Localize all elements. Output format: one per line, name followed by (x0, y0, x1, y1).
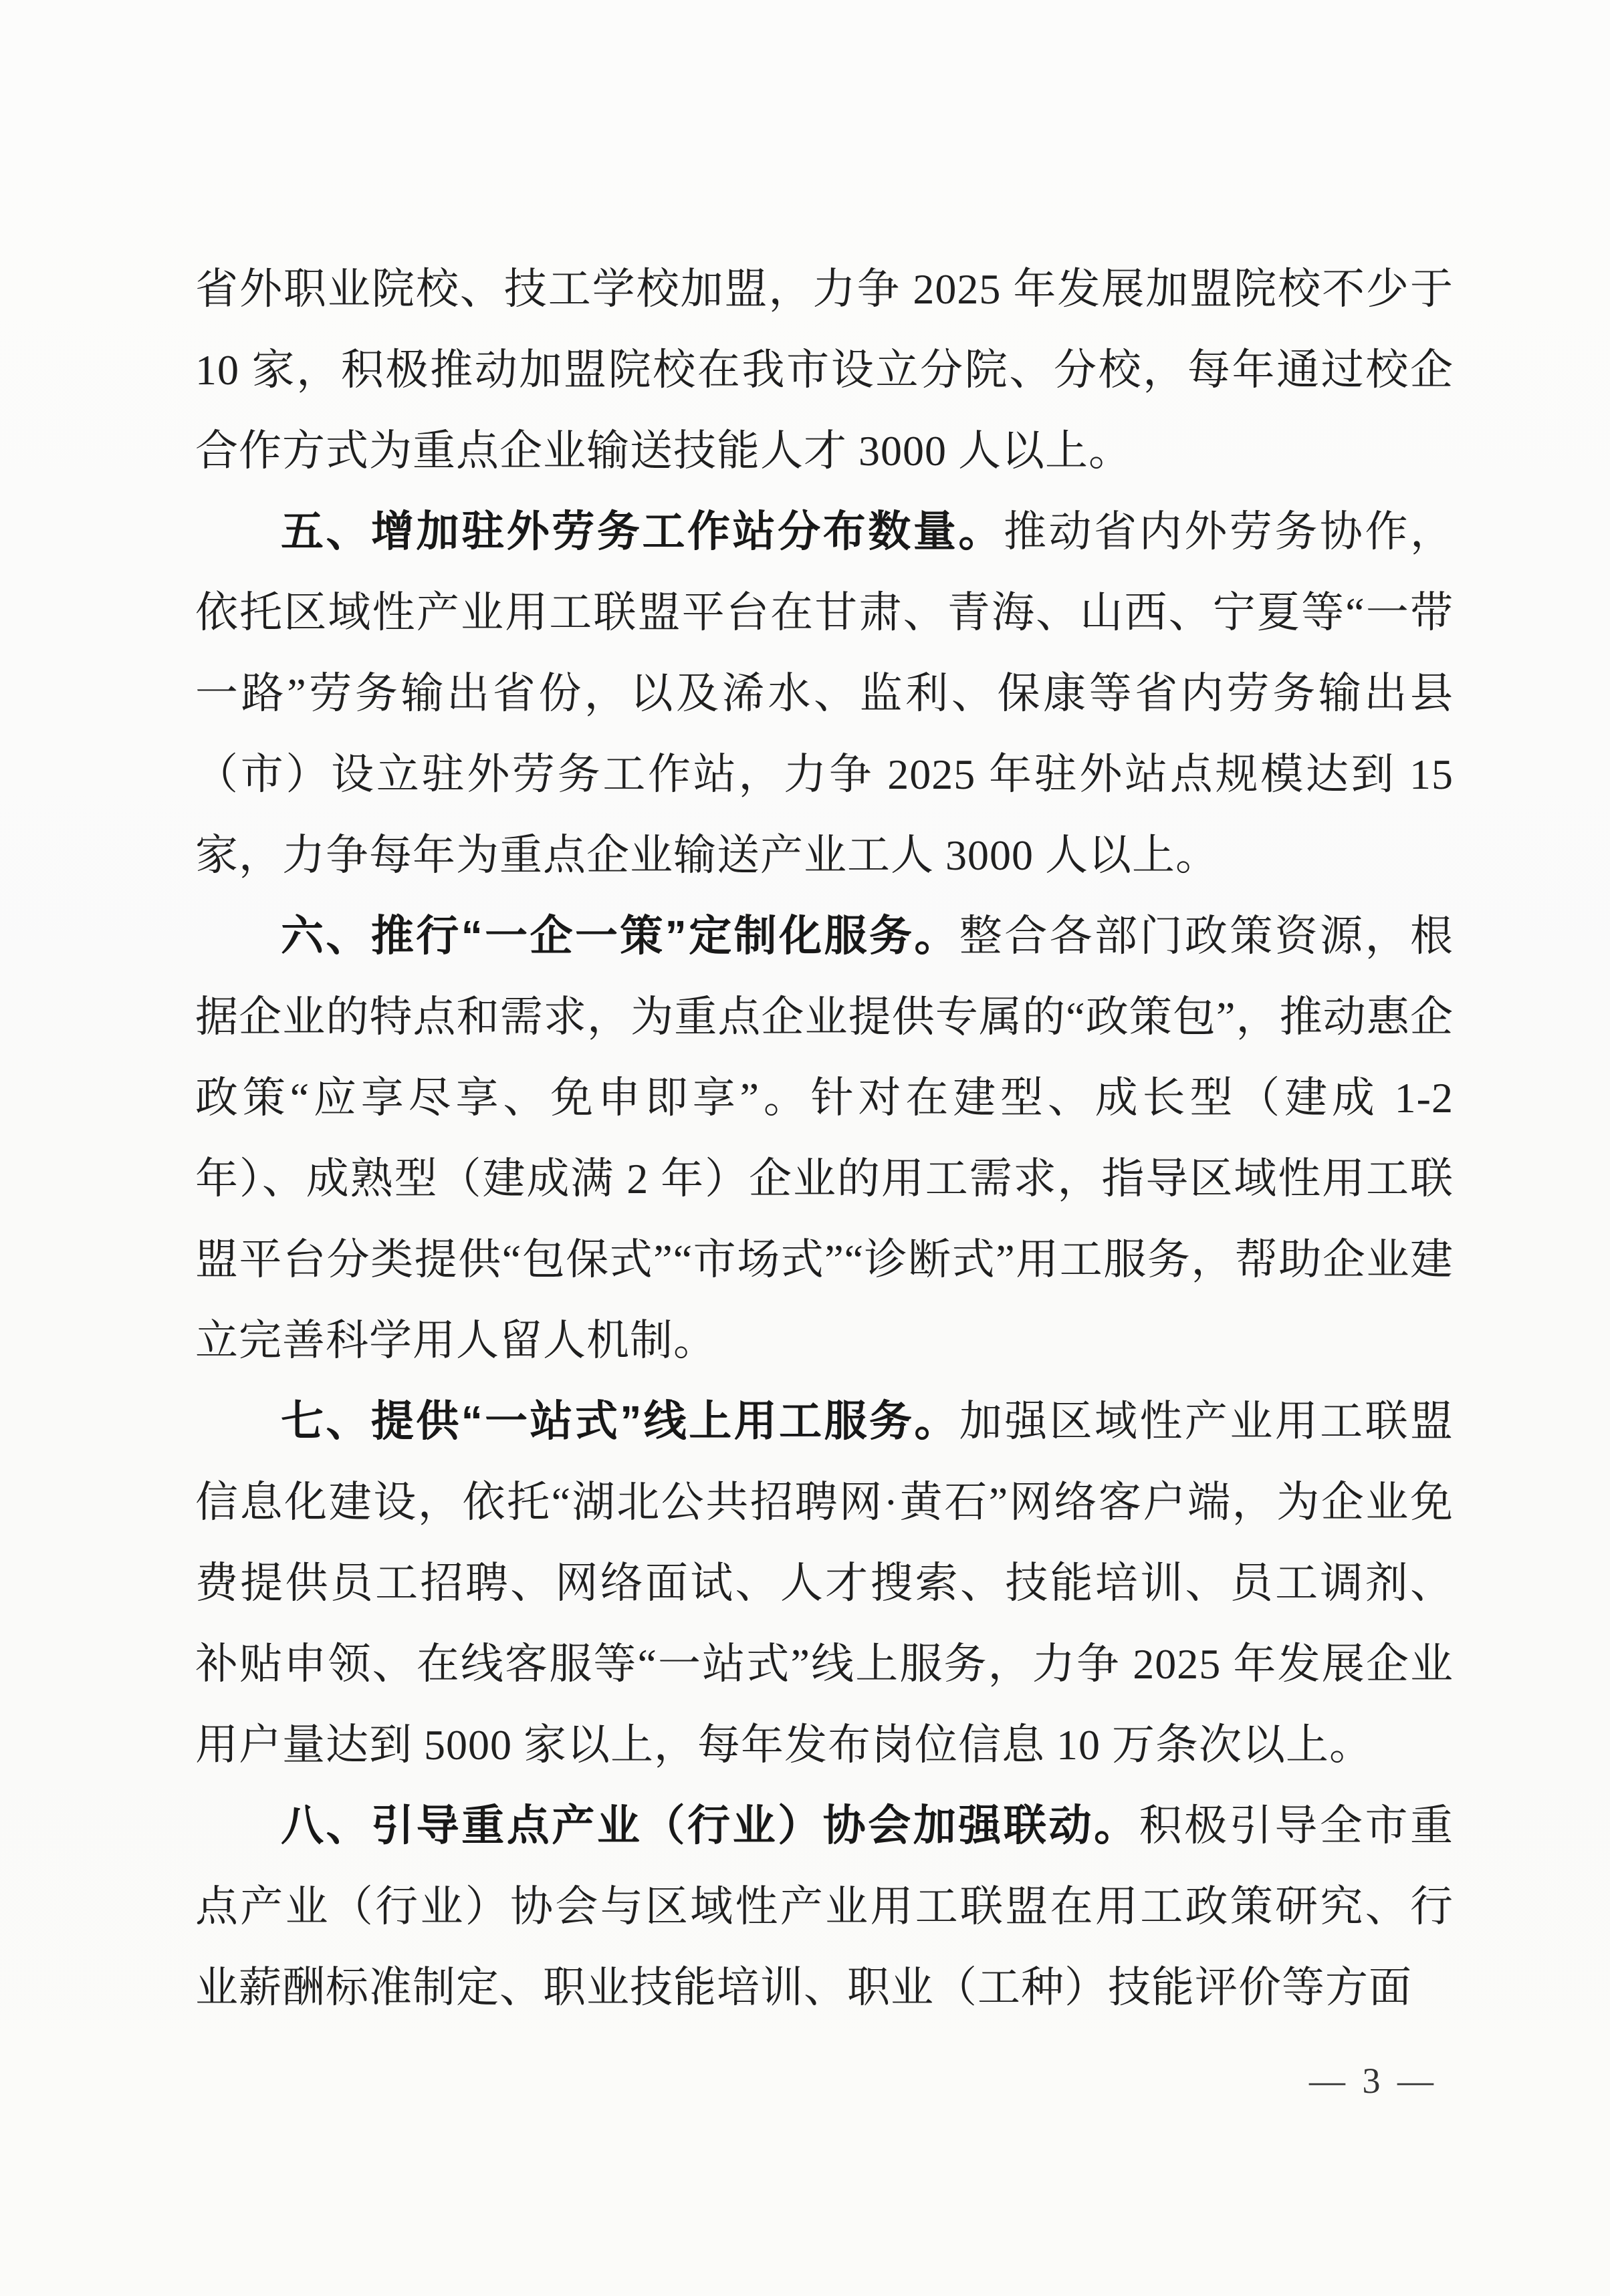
section-heading: 八、引导重点产业（行业）协会加强联动。 (281, 1801, 1139, 1849)
paragraph: 五、增加驻外劳务工作站分布数量。推动省内外劳务协作，依托区域性产业用工联盟平台在… (195, 491, 1454, 896)
paragraph: 六、推行“一企一策”定制化服务。整合各部门政策资源，根据企业的特点和需求，为重点… (195, 896, 1454, 1381)
paragraph: 七、提供“一站式”线上用工服务。加强区域性产业用工联盟信息化建设，依托“湖北公共… (195, 1381, 1454, 1785)
body-text-run: 整合各部门政策资源，根据企业的特点和需求，为重点企业提供专属的“政策包”，推动惠… (195, 912, 1454, 1364)
section-heading: 六、推行“一企一策”定制化服务。 (281, 912, 959, 960)
page-number: — 3 — (1309, 2060, 1437, 2101)
body-text-run: 加强区域性产业用工联盟信息化建设，依托“湖北公共招聘网·黄石”网络客户端，为企业… (195, 1398, 1454, 1769)
section-heading: 五、增加驻外劳务工作站分布数量。 (281, 507, 1004, 555)
paragraph: 八、引导重点产业（行业）协会加强联动。积极引导全市重点产业（行业）协会与区域性产… (195, 1785, 1454, 2028)
document-body: 省外职业院校、技工学校加盟，力争 2025 年发展加盟院校不少于 10 家，积极… (195, 249, 1454, 2028)
document-page: 省外职业院校、技工学校加盟，力争 2025 年发展加盟院校不少于 10 家，积极… (0, 0, 1610, 2296)
paragraph: 省外职业院校、技工学校加盟，力争 2025 年发展加盟院校不少于 10 家，积极… (195, 249, 1454, 491)
body-text-run: 推动省内外劳务协作，依托区域性产业用工联盟平台在甘肃、青海、山西、宁夏等“一带一… (195, 508, 1454, 879)
body-text-run: 省外职业院校、技工学校加盟，力争 2025 年发展加盟院校不少于 10 家，积极… (195, 265, 1454, 475)
section-heading: 七、提供“一站式”线上用工服务。 (281, 1397, 959, 1445)
